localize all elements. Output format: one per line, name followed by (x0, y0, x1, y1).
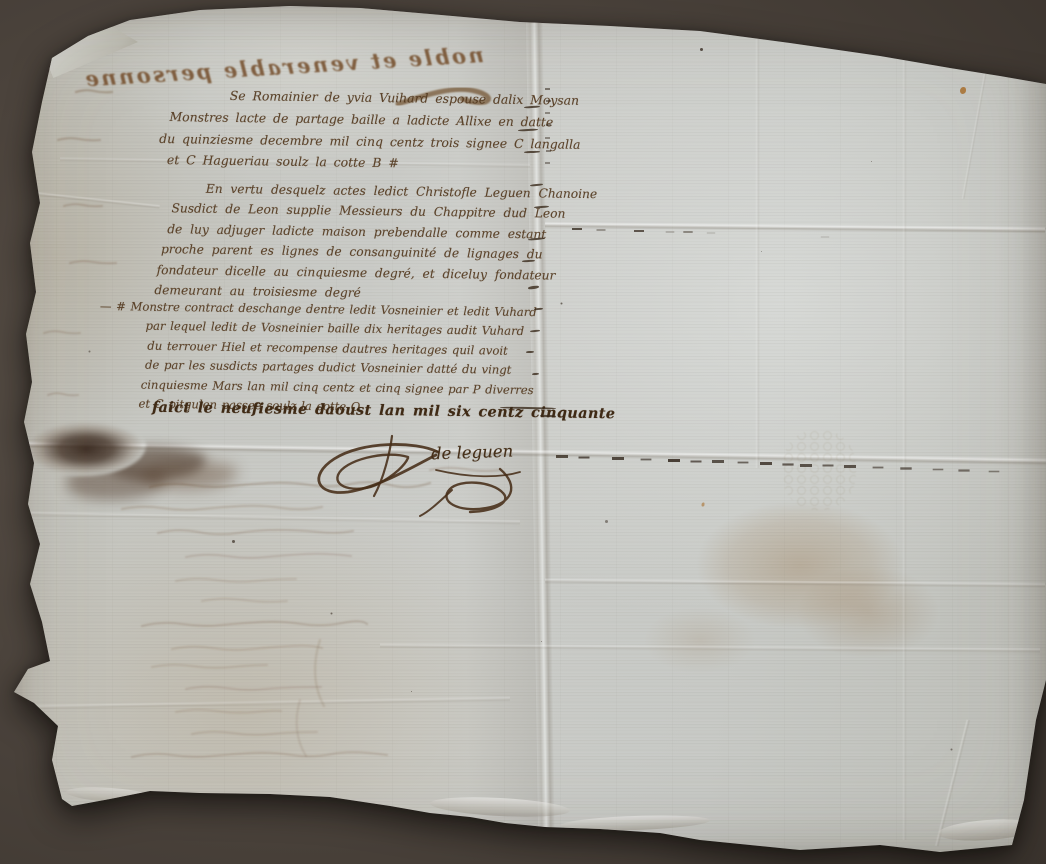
crease-horizontal-upper-right (545, 221, 1045, 233)
manuscript-line: du terrouer Hiel et recompense dautres h… (147, 336, 536, 361)
manuscript-line: En vertu desquelz actes ledict Christofl… (206, 179, 598, 205)
header-swash (398, 89, 489, 104)
bleedthrough-header: noble et venerable personne (92, 42, 485, 91)
line-end-stroke (534, 205, 549, 208)
center-fold-line (525, 18, 555, 836)
line-end-stroke (530, 183, 543, 187)
honeycomb-texture (782, 430, 856, 510)
line-end-stroke (524, 151, 540, 154)
crease-vertical-right-1 (755, 28, 760, 468)
paragraph-1: Se Romainier de yvia Vuihard espouse dal… (165, 84, 581, 177)
manuscript-paper: noble et venerable personne Se Romainier… (0, 0, 1046, 864)
manuscript-line: demeurant au troisiesme degré (154, 280, 596, 307)
crease-mid-left (20, 511, 520, 526)
crease-horizontal-lower-right (545, 578, 1045, 588)
manuscript-line: Se Romainier de yvia Vuihard espouse dal… (230, 85, 582, 112)
line-end-stroke (528, 237, 545, 241)
crease-corner-top-right (961, 41, 993, 199)
fold-tick-marks (545, 88, 550, 90)
ink-blot-left (26, 422, 146, 476)
line-end-stroke (528, 285, 539, 290)
paragraph-3: — # Monstre contract deschange dentre le… (98, 297, 536, 420)
paper-shadow-wrap: noble et venerable personne Se Romainier… (0, 0, 1046, 864)
line-end-stroke (532, 373, 539, 376)
signature-flourish (0, 0, 1046, 864)
manuscript-line: cinquiesme Mars lan mil cinq centz et ci… (141, 375, 536, 400)
manuscript-line: — # Monstre contract deschange dentre le… (100, 297, 537, 323)
dateline-end-stroke (540, 415, 556, 418)
ghost-writing (0, 0, 1046, 864)
crease-horizontal-lower (380, 643, 1040, 654)
crease-horizontal-middle (0, 440, 1046, 465)
bottom-edge-curl (66, 785, 157, 805)
photo-scene: noble et venerable personne Se Romainier… (0, 0, 1046, 864)
line-end-stroke (522, 260, 535, 263)
manuscript-line: de luy adjuger ladicte maison prebendall… (167, 219, 597, 245)
signature-text: de leguen (431, 442, 514, 464)
line-end-stroke (524, 105, 540, 108)
orange-speck (960, 87, 966, 94)
crease-left-diagonal (0, 188, 160, 210)
dateline-end-stroke (500, 407, 556, 410)
center-fold-shading (456, 20, 538, 833)
crease-corner-bottom-right (934, 719, 970, 846)
ink-dash-row-middle (556, 455, 568, 458)
crease-lower-left (30, 696, 510, 710)
manuscript-line: du quinziesme decembre mil cinq centz tr… (159, 128, 580, 156)
crease-vertical-right-2 (902, 60, 907, 840)
manuscript-line: de par les susdicts partages dudict Vosn… (145, 356, 536, 381)
line-end-stroke (526, 351, 534, 354)
bottom-edge-curl (937, 817, 1038, 844)
line-end-stroke (518, 128, 538, 131)
line-end-stroke (530, 330, 540, 333)
date-line: faict le neufiesme daoust lan mil six ce… (152, 399, 616, 422)
line-end-stroke (534, 308, 543, 311)
crease-upper-left (60, 157, 530, 169)
manuscript-line: Monstres lacte de partage baille a ladic… (169, 106, 580, 134)
manuscript-line: proche parent es lignes de consanguinité… (161, 239, 597, 265)
bottom-edge-curl (430, 794, 571, 819)
bottom-edge-curl (560, 813, 710, 832)
paragraph-2: En vertu desquelz actes ledict Christofl… (154, 178, 597, 307)
manuscript-line: Susdict de Leon supplie Messieurs du Cha… (171, 199, 597, 225)
ink-dash-row-upper (572, 228, 582, 230)
manuscript-line: et C Hagueriau soulz la cotte B # (167, 149, 580, 177)
manuscript-line: fondateur dicelle au cinquiesme degré, e… (157, 260, 597, 287)
speck-dots (700, 48, 703, 51)
manuscript-line: par lequel ledit de Vosneinier baille di… (145, 317, 536, 342)
manuscript-line: et C pitgulen passee soulz la cotte O (138, 395, 535, 420)
folded-corner-top-left (46, 16, 138, 78)
